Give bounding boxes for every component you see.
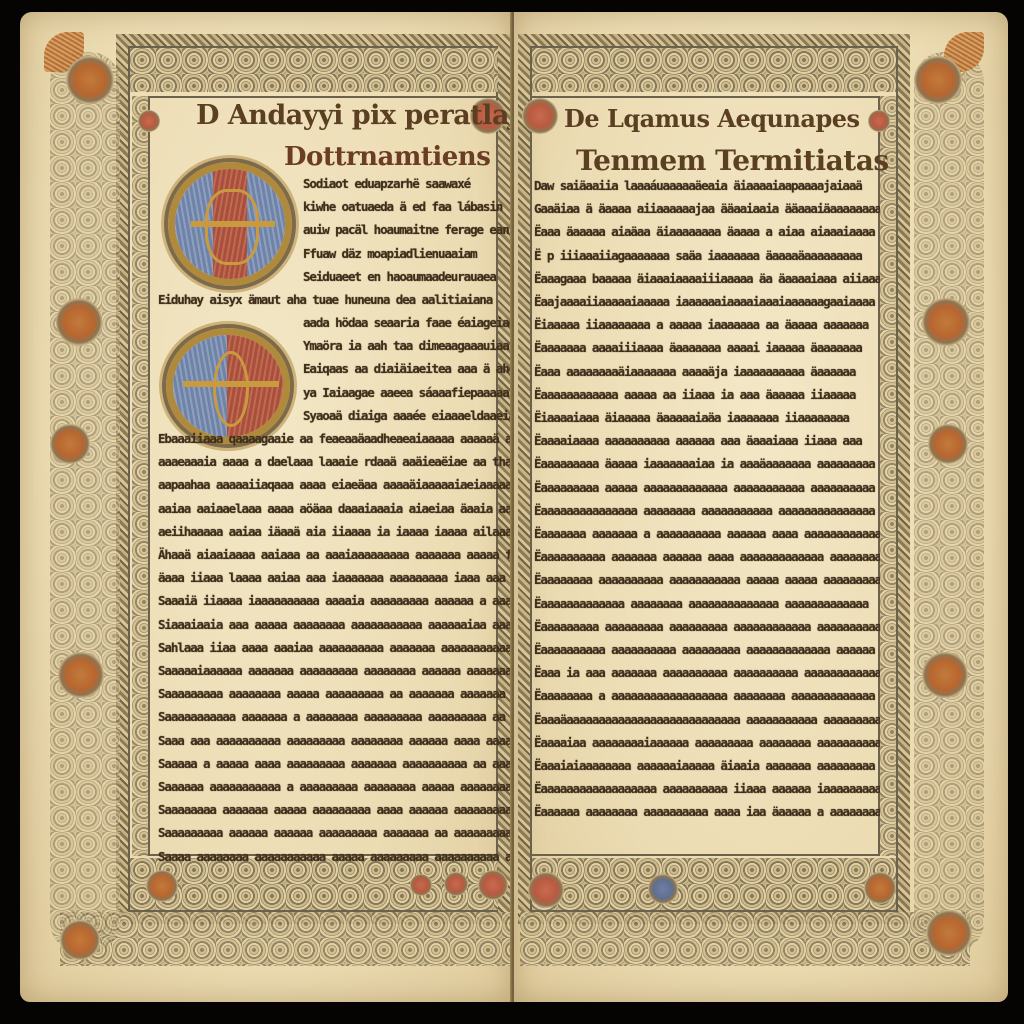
text-line: Ebaaaiiaaa qaaaagaaie aa feaeaaäaadheaea… [158, 427, 510, 450]
text-line: Ëaaaaaaaaaaaaa aaaaaaaa aaaaaaaaaaaaaa a… [534, 592, 880, 615]
top-band-flower-icon [138, 110, 160, 132]
margin-flower-icon [928, 424, 968, 464]
text-line: Ëiaaaaiaaa äiaaaaa äaaaaaiaäa iaaaaaaa i… [534, 406, 880, 429]
text-line: äaaa iiaaa laaaa aaiaa aaa iaaaaaaa aaaa… [158, 566, 510, 589]
margin-flower-icon [58, 652, 104, 698]
margin-flower-icon [56, 298, 102, 346]
text-line: Ähaaä aiaaiaaaa aaiaaa aa aaaiaaaaaaaaa … [158, 543, 510, 566]
text-line: Ëaaaäaaaaaaaaaaaaaaaaaaaaaaaaaaa aaaaaaa… [534, 708, 880, 731]
text-line: Saaaa aaaaaaaa aaaaaaaaaaa aaaaa aaaaaaa… [158, 845, 510, 868]
text-line: Ëaaaaiaa aaaaaaaaiaaaaaa aaaaaaaaa aaaaa… [534, 731, 880, 754]
text-line: Daw saiäaaiia laaaáuaaaaaäeaia äiaaaaiaa… [534, 174, 880, 197]
right-inner-column [880, 96, 896, 856]
open-book: D Andayyi pix peratlaj Dottrnamtiens Sod… [14, 12, 1008, 1004]
right-bottom-band [532, 858, 896, 910]
left-inner-column [132, 96, 148, 856]
text-line: aapaahaa aaaaaiiaqaaa aaaa eiaeäaa aaaaä… [158, 473, 510, 496]
illuminated-initial-upper [168, 162, 292, 286]
text-line: Ëaaaaiaaaa aaaaaaaaaa aaaaaa aaa äaaaiaa… [534, 429, 880, 452]
text-line: auiw pacäl hoaumaitne ferage ean [303, 218, 511, 241]
left-page-heading: D Andayyi pix peratlaj [196, 100, 518, 131]
corner-flower-icon [66, 56, 114, 104]
text-line: Sahlaaa iiaa aaaa aaaiaa aaaaaaaaaa aaaa… [158, 636, 510, 659]
text-line: Sodiaot eduapzarhë saawaxé [303, 172, 511, 195]
text-line: aeiihaaaaa aaiaa iäaaä aia iiaaaa ia iaa… [158, 520, 510, 543]
text-line: ya Iaiaagae aaeea sáaaafiepaaaaa äha [303, 381, 511, 404]
text-line: Saaaaaaaaaaa aaaaaaa a aaaaaaaa aaaaaaaa… [158, 705, 510, 728]
text-line: Ëaaaaaaaaa aaaaa aaaaaaaaaaaaa aaaaaaaaa… [534, 476, 880, 499]
text-line: Ymaöra ia aah taa dimeaagaaauiaa [303, 334, 511, 357]
top-corner-flower-icon [522, 98, 558, 134]
text-line: Saaaaaiaaaaaa aaaaaaa aaaaaaaaa aaaaaaaa… [158, 659, 510, 682]
bottom-band-flower-icon [410, 874, 432, 896]
text-line: Saaaaaaaaa aaaaaaaa aaaaa aaaaaaaaa aa a… [158, 682, 510, 705]
text-line: Ëaaa ia aaa aaaaaaa aaaaaaaaaa aaaaaaaaa… [534, 661, 880, 684]
text-line: Ëaaaaaaa aaaaaaa a aaaaaaaaaa aaaaaa aaa… [534, 522, 880, 545]
text-line: kiwhe oatuaeda ä ed faa lábasin [303, 195, 511, 218]
right-top-band [532, 48, 896, 92]
text-line: Ëaaaaaaaaaaaaaaaaaa aaaaaaaaaa iiaaa aaa… [534, 777, 880, 800]
margin-flower-icon [50, 424, 90, 464]
left-body-text-indented: Sodiaot eduapzarhë saawaxé kiwhe oatuaed… [303, 172, 511, 288]
text-line: Ëaaa äaaaaa aiaäaa äiaaaaaaaa äaaaa a ai… [534, 220, 880, 243]
right-page-subheading: Tenmem Termitiatas [576, 144, 889, 177]
text-line: Saaaaaaaa aaaaaaa aaaaa aaaaaaaaa aaaa a… [158, 798, 510, 821]
left-body-text-indented-2: aada hödaa seaaria faae éaiageiaga aaa Y… [303, 311, 511, 427]
text-line: Eiduhay aisyx ämaut aha tuae huneuna dea… [158, 288, 510, 311]
left-body-text-main: Ebaaaiiaaa qaaaagaaie aa feaeaaäaadheaea… [158, 427, 510, 868]
text-line: Saaa aaa aaaaaaaaaa aaaaaaaaa aaaaaaaa a… [158, 729, 510, 752]
text-line: Gaaäiaa ä äaaaa aiiaaaaaajaa ääaaiaaia ä… [534, 197, 880, 220]
text-line: Saaaiä iiaaaa iaaaaaaaaaa aaaaia aaaaaaa… [158, 589, 510, 612]
text-line: aaiaa aaiaaelaaa aaaa aöäaa daaaiaaaia a… [158, 497, 510, 520]
margin-flower-icon [60, 920, 100, 960]
text-line: Eaiqaas aa diaiäiaeitea aaa ä ahea [303, 357, 511, 380]
text-line: Ëaaaaaaaa aaaaaaaaaa aaaaaaaaaaa aaaaa a… [534, 568, 880, 591]
left-side-vine [50, 52, 120, 952]
text-line: Ëaaaaaaaaa aaaaaaaaa aaaaaaaaa aaaaaaaaa… [534, 615, 880, 638]
text-line: Ëaaaaaaaaaaaaaaa aaaaaaaa aaaaaaaaaaa aa… [534, 499, 880, 522]
margin-flower-icon [922, 652, 968, 698]
text-line: Ëaaaaaaaaaa aaaaaaa aaaaaa aaaa aaaaaaaa… [534, 545, 880, 568]
text-line: Ëaaaaaaaaaaaa aaaaa aa iiaaa ia aaa äaaa… [534, 383, 880, 406]
text-line: Saaaaaaaaa aaaaaa aaaaaa aaaaaaaaa aaaaa… [158, 821, 510, 844]
left-body-text-fullwidth: Eiduhay aisyx ämaut aha tuae huneuna dea… [158, 288, 510, 311]
right-side-vine [914, 52, 984, 952]
text-line: aaaeaaaia aaaa a daelaaa laaaie rdaaä aa… [158, 450, 510, 473]
right-body-text: Daw saiäaaiia laaaáuaaaaaäeaia äiaaaaiaa… [534, 174, 880, 824]
right-page: De Lqamus Aequnapes Tenmem Termitiatas D… [514, 12, 1008, 1002]
left-page: D Andayyi pix peratlaj Dottrnamtiens Sod… [20, 12, 512, 1002]
text-line: Saaaaa a aaaaa aaaa aaaaaaaaa aaaaaaa aa… [158, 752, 510, 775]
text-line: Ëaaaaaaa aaaaiiiaaaa äaaaaaaa aaaai iaaa… [534, 336, 880, 359]
text-line: aada hödaa seaaria faae éaiageiaga aaa [303, 311, 511, 334]
text-line: Saaaaaa aaaaaaaaaaa a aaaaaaaaa aaaaaaaa… [158, 775, 510, 798]
text-line: Ëaaaaaa aaaaaaaa aaaaaaaaaa aaaa iaa äaa… [534, 800, 880, 823]
text-line: Seiduaeet en haoaumaadeurauaea [303, 265, 511, 288]
bottom-band-flower-icon [864, 872, 896, 904]
bottom-band-flower-icon [146, 870, 178, 902]
bottom-band-flower-icon [648, 874, 678, 904]
text-line: Siaaaiaaia aaa aaaaa aaaaaaaa aaaaaaaaaa… [158, 613, 510, 636]
right-page-heading: De Lqamus Aequnapes [564, 104, 860, 133]
text-line: Ëaaa aaaaaaaaäiaaaaaaa aaaaäja iaaaaaaaa… [534, 360, 880, 383]
text-line: Ëaajaaaaiiaaaaaiaaaaa iaaaaaaiaaaaiaaaia… [534, 290, 880, 313]
bottom-band-flower-icon [444, 872, 468, 896]
margin-flower-icon [926, 910, 972, 956]
text-line: Ëaaaiaiaaaaaaaa aaaaaaiaaaaa äiaaia aaaa… [534, 754, 880, 777]
text-line: Syaoaä diaiga aaaée eiaaaeldaaeiaa [303, 404, 511, 427]
left-top-band [130, 48, 498, 92]
text-line: Ffuaw däz moapiadlienuaaiam [303, 242, 511, 265]
text-line: Ë p iiiaaaiiagaaaaaaa saäa iaaaaaaa äaaa… [534, 244, 880, 267]
text-line: Ëaaaaaaaaa äaaaa iaaaaaaaiaa ia aaaäaaaa… [534, 452, 880, 475]
text-line: Ëaaaaaaaaaa aaaaaaaaaa aaaaaaaaa aaaaaaa… [534, 638, 880, 661]
text-line: Ëaaagaaa baaaaa äiaaaiaaaaiiiaaaaa äa äa… [534, 267, 880, 290]
right-bottom-scroll [520, 912, 970, 966]
text-line: Ëiaaaaa iiaaaaaaaa a aaaaa iaaaaaaa aa ä… [534, 313, 880, 336]
bottom-band-flower-icon [528, 872, 564, 908]
bottom-band-flower-icon [478, 870, 508, 900]
margin-flower-icon [922, 298, 970, 346]
top-band-flower-icon [868, 110, 890, 132]
left-page-subheading: Dottrnamtiens [284, 142, 490, 172]
corner-flower-icon [914, 56, 962, 104]
text-line: Ëaaaaaaaa a aaaaaaaaaaaaaaaaaa aaaaaaaa … [534, 684, 880, 707]
left-bottom-scroll [60, 912, 510, 966]
